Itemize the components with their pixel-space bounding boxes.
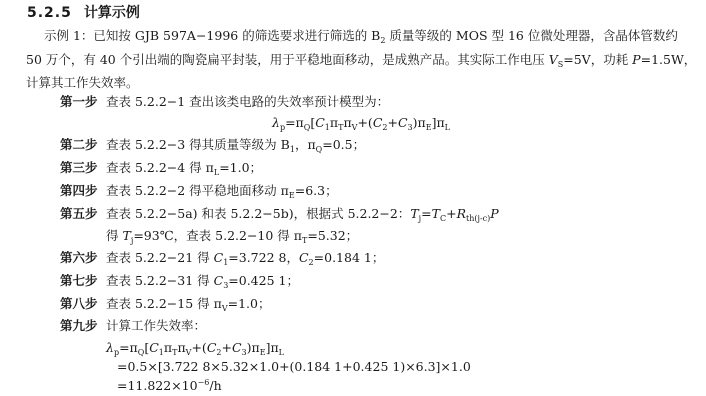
step-text: 查表 5.2.2−2 得平稳地面移动 πE=6.3；	[106, 183, 338, 198]
intro-line-2: 50 万个，有 40 个引出端的陶瓷扁平封装，用于平稳地面移动，是成熟产品。其实…	[26, 52, 696, 68]
step-4: 第四步查表 5.2.2−2 得平稳地面移动 πE=6.3；	[60, 183, 338, 199]
step-5-continuation: 得 Tj=93℃，查表 5.2.2−10 得 πT=5.32；	[106, 228, 358, 244]
step-3: 第三步查表 5.2.2−4 得 πL=1.0；	[60, 160, 262, 176]
step-text: 查表 5.2.2−15 得 πV=1.0；	[106, 296, 270, 311]
step-label: 第八步	[60, 296, 106, 312]
step-7: 第七步查表 5.2.2−31 得 C3=0.425 1；	[60, 273, 299, 289]
step-text: 查表 5.2.2−21 得 C1=3.722 8，C2=0.184 1；	[106, 250, 384, 265]
calc-line-1: λp=πQ[C1πTπV+(C2+C3)πE]πL	[106, 340, 284, 356]
intro-line-1: 示例 1：已知按 GJB 597A−1996 的筛选要求进行筛选的 B2 质量等…	[44, 28, 678, 44]
step-label: 第一步	[60, 94, 106, 110]
step-text: 查表 5.2.2−4 得 πL=1.0；	[106, 160, 262, 175]
step-text: 查表 5.2.2−3 得其质量等级为 B1，πQ=0.5；	[106, 137, 365, 152]
step-6: 第六步查表 5.2.2−21 得 C1=3.722 8，C2=0.184 1；	[60, 250, 384, 266]
calc-line-3: =11.822×10−6/h	[117, 378, 222, 394]
calc-line-2: =0.5×[3.722 8×5.32×1.0+(0.184 1+0.425 1)…	[117, 359, 471, 375]
step-label: 第二步	[60, 137, 106, 153]
step-text: 计算工作失效率：	[106, 318, 206, 333]
step-5: 第五步查表 5.2.2−5a) 和表 5.2.2−5b)，根据式 5.2.2−2…	[60, 206, 499, 222]
step-text: 查表 5.2.2−5a) 和表 5.2.2−5b)，根据式 5.2.2−2：Tj…	[106, 206, 499, 221]
step-label: 第四步	[60, 183, 106, 199]
section-title: 计算示例	[84, 5, 140, 21]
step-8: 第八步查表 5.2.2−15 得 πV=1.0；	[60, 296, 270, 312]
section-heading: 5.2.5计算示例	[27, 5, 140, 21]
step-text: 查表 5.2.2−31 得 C3=0.425 1；	[106, 273, 299, 288]
step-2: 第二步查表 5.2.2−3 得其质量等级为 B1，πQ=0.5；	[60, 137, 365, 153]
intro-line-3: 计算其工作失效率。	[26, 75, 139, 91]
step-label: 第三步	[60, 160, 106, 176]
step-text: 查表 5.2.2−1 查出该类电路的失效率预计模型为：	[106, 94, 389, 109]
step-label: 第六步	[60, 250, 106, 266]
section-number: 5.2.5	[27, 5, 72, 21]
step-label: 第九步	[60, 318, 106, 334]
step-label: 第五步	[60, 206, 106, 222]
model-formula: λp=πQ[C1πTπV+(C2+C3)πE]πL	[272, 115, 450, 131]
step-label: 第七步	[60, 273, 106, 289]
step-1: 第一步查表 5.2.2−1 查出该类电路的失效率预计模型为：	[60, 94, 389, 110]
step-9: 第九步计算工作失效率：	[60, 318, 206, 334]
